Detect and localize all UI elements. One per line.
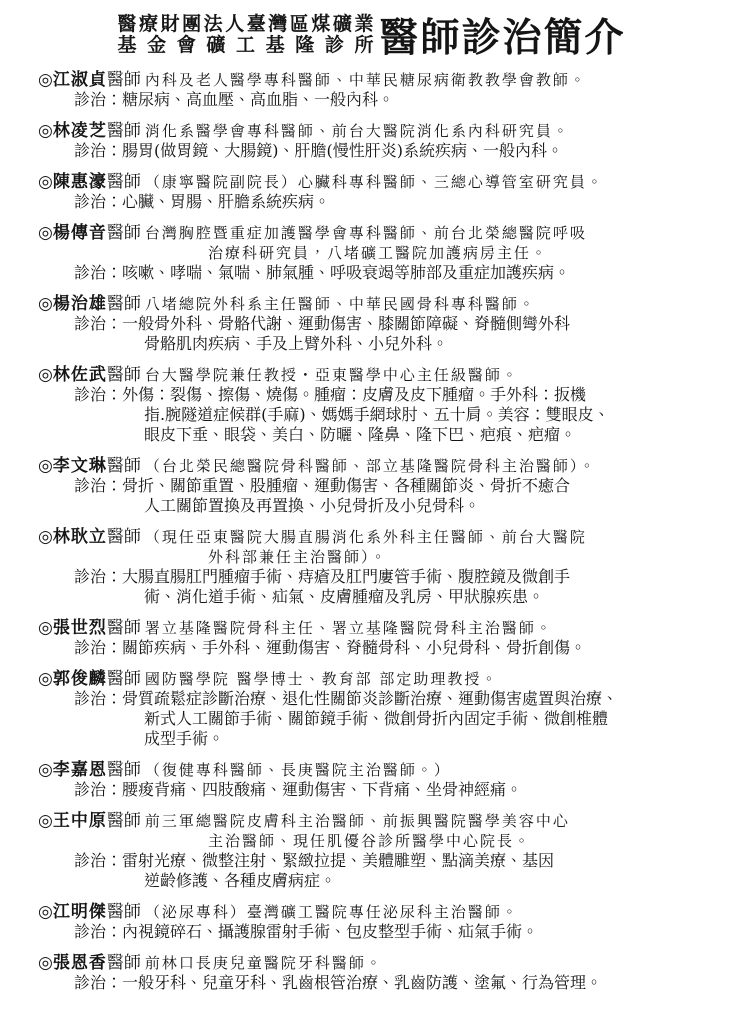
entry-bullet-icon: ◎ (38, 172, 53, 192)
treatment-line: 診治：雷射光療、微整注射、緊緻拉提、美體雕塑、點滴美療、基因 (74, 851, 705, 871)
doctor-credentials-continued: 外科部兼任主治醫師）。 (208, 547, 705, 567)
entry-bullet-icon: ◎ (38, 456, 53, 476)
doctor-entry-header: ◎王中原醫師前三軍總醫院皮膚科主治醫師、前振興醫院醫學美容中心 主治醫師、現任肌… (38, 811, 705, 851)
treatment-line: 診治：內視鏡碎石、攝護腺雷射手術、包皮整型手術、疝氣手術。 (74, 922, 705, 942)
doctor-entry: ◎林凌芝醫師消化系醫學會專科醫師、前台大醫院消化系內科研究員。 診治：腸胃(做胃… (38, 121, 705, 161)
doctor-entry: ◎林耿立醫師（現任亞東醫院大腸直腸消化系外科主任醫師、前台大醫院 外科部兼任主治… (38, 527, 705, 607)
doctor-title-suffix: 醫師 (107, 618, 141, 638)
doctor-entry-header: ◎林凌芝醫師消化系醫學會專科醫師、前台大醫院消化系內科研究員。 (38, 121, 705, 141)
doctor-credentials: （台北榮民總醫院骨科醫師、部立基隆醫院骨科主治醫師）。 (145, 457, 597, 475)
doctor-entry-header: ◎楊傳音醫師台灣胸腔暨重症加護醫學會專科醫師、前台北榮總醫院呼吸 治療科研究員，… (38, 223, 705, 263)
doctor-entry: ◎王中原醫師前三軍總醫院皮膚科主治醫師、前振興醫院醫學美容中心 主治醫師、現任肌… (38, 811, 705, 891)
doctor-entry: ◎郭俊麟醫師國防醫學院 醫學博士、教育部 部定助理教授。 診治：骨質疏鬆症診斷治… (38, 669, 705, 749)
treatment-line: 診治：一般骨外科、骨骼代謝、運動傷害、膝關節障礙、脊髓側彎外科 (74, 314, 705, 334)
treatment-line: 診治：大腸直腸肛門腫瘤手術、痔瘡及肛門廔管手術、腹腔鏡及微創手 (74, 567, 705, 587)
treatment-block: 診治：外傷：裂傷、擦傷、燒傷。腫瘤：皮膚及皮下腫瘤。手外科：扳機指.腕隧道症候群… (38, 385, 705, 445)
doctor-credentials: 台大醫學院兼任教授・亞東醫學中心主任級醫師。 (145, 366, 519, 384)
entry-bullet-icon: ◎ (38, 294, 53, 314)
doctor-credentials: 署立基隆醫院骨科主任、署立基隆醫院骨科主治醫師。 (145, 619, 553, 637)
doctor-entry-header: ◎李文琳醫師（台北榮民總醫院骨科醫師、部立基隆醫院骨科主治醫師）。 (38, 456, 705, 476)
doctor-name: 陳惠濠 (53, 172, 107, 192)
document-page: 醫療財團法人臺灣區煤礦業 基金會礦工基隆診所 醫師診治簡介 ◎江淑貞醫師內科及老… (0, 0, 733, 1017)
treatment-block: 診治：骨折、關節重置、股腫瘤、運動傷害、各種關節炎、骨折不癒合人工關節置換及再置… (38, 476, 705, 516)
treatment-line: 診治：腰痠背痛、四肢酸痛、運動傷害、下背痛、坐骨神經痛。 (74, 780, 705, 800)
treatment-line: 診治：關節疾病、手外科、運動傷害、脊髓骨科、小兒骨科、骨折創傷。 (74, 638, 705, 658)
doctor-title-suffix: 醫師 (107, 121, 141, 141)
doctor-entry-header: ◎陳惠濠醫師（康寧醫院副院長）心臟科專科醫師、三總心導管室研究員。 (38, 172, 705, 192)
doctor-title-suffix: 醫師 (107, 70, 141, 90)
doctor-title-suffix: 醫師 (107, 294, 141, 314)
doctor-credentials-continued: 治療科研究員，八堵礦工醫院加護病房主任。 (208, 243, 705, 263)
entry-bullet-icon: ◎ (38, 902, 53, 922)
doctor-name: 林凌芝 (53, 121, 107, 141)
doctor-entry: ◎張世烈醫師署立基隆醫院骨科主任、署立基隆醫院骨科主治醫師。 診治：關節疾病、手… (38, 618, 705, 658)
doctor-credentials: （康寧醫院副院長）心臟科專科醫師、三總心導管室研究員。 (145, 173, 604, 191)
treatment-line: 診治：骨折、關節重置、股腫瘤、運動傷害、各種關節炎、骨折不癒合 (74, 476, 705, 496)
entry-bullet-icon: ◎ (38, 70, 53, 90)
clinic-name-line2: 基金會礦工基隆診所 (117, 35, 373, 56)
treatment-line: 診治：外傷：裂傷、擦傷、燒傷。腫瘤：皮膚及皮下腫瘤。手外科：扳機 (74, 385, 705, 405)
treatment-line: 逆齡修護、各種皮膚病症。 (144, 871, 705, 891)
treatment-line: 診治：骨質疏鬆症診斷治療、退化性關節炎診斷治療、運動傷害處置與治療、 (74, 689, 705, 709)
doctor-title-suffix: 醫師 (107, 811, 141, 831)
doctor-name: 李文琳 (53, 456, 107, 476)
doctor-credentials: 前三軍總醫院皮膚科主治醫師、前振興醫院醫學美容中心 (145, 812, 570, 830)
treatment-block: 診治：一般骨外科、骨骼代謝、運動傷害、膝關節障礙、脊髓側彎外科骨骼肌肉疾病、手及… (38, 314, 705, 354)
treatment-line: 人工關節置換及再置換、小兒骨折及小兒骨科。 (144, 496, 705, 516)
entry-bullet-icon: ◎ (38, 669, 53, 689)
treatment-block: 診治：內視鏡碎石、攝護腺雷射手術、包皮整型手術、疝氣手術。 (38, 922, 705, 942)
clinic-name: 醫療財團法人臺灣區煤礦業 基金會礦工基隆診所 (117, 14, 373, 58)
doctor-entry-header: ◎林耿立醫師（現任亞東醫院大腸直腸消化系外科主任醫師、前台大醫院 外科部兼任主治… (38, 527, 705, 567)
doctor-entry-header: ◎江淑貞醫師內科及老人醫學專科醫師、中華民糖尿病衛教教學會教師。 (38, 70, 705, 90)
doctor-title-suffix: 醫師 (107, 172, 141, 192)
doctor-credentials: （復健專科醫師、長庚醫院主治醫師。） (145, 761, 451, 779)
treatment-block: 診治：雷射光療、微整注射、緊緻拉提、美體雕塑、點滴美療、基因逆齡修護、各種皮膚病… (38, 851, 705, 891)
doctor-entry-header: ◎江明傑醫師（泌尿專科）臺灣礦工醫院專任泌尿科主治醫師。 (38, 902, 705, 922)
doctor-title-suffix: 醫師 (107, 760, 141, 780)
doctor-entry-header: ◎楊治雄醫師八堵總院外科系主任醫師、中華民國骨科專科醫師。 (38, 294, 705, 314)
doctor-title-suffix: 醫師 (107, 902, 141, 922)
document-title: 醫療財團法人臺灣區煤礦業 基金會礦工基隆診所 醫師診治簡介 (38, 14, 705, 58)
treatment-block: 診治：骨質疏鬆症診斷治療、退化性關節炎診斷治療、運動傷害處置與治療、新式人工關節… (38, 689, 705, 749)
doctor-entry-header: ◎郭俊麟醫師國防醫學院 醫學博士、教育部 部定助理教授。 (38, 669, 705, 689)
doctor-entry-header: ◎李嘉恩醫師（復健專科醫師、長庚醫院主治醫師。） (38, 760, 705, 780)
doctor-credentials: 內科及老人醫學專科醫師、中華民糖尿病衛教教學會教師。 (145, 71, 587, 89)
entry-bullet-icon: ◎ (38, 223, 53, 243)
doctor-entry-header: ◎張世烈醫師署立基隆醫院骨科主任、署立基隆醫院骨科主治醫師。 (38, 618, 705, 638)
doctor-entry: ◎陳惠濠醫師（康寧醫院副院長）心臟科專科醫師、三總心導管室研究員。 診治：心臟、… (38, 172, 705, 212)
entry-bullet-icon: ◎ (38, 618, 53, 638)
doctor-credentials: （泌尿專科）臺灣礦工醫院專任泌尿科主治醫師。 (145, 903, 519, 921)
doctor-entry: ◎林佐武醫師台大醫學院兼任教授・亞東醫學中心主任級醫師。 診治：外傷：裂傷、擦傷… (38, 365, 705, 445)
treatment-line: 診治：腸胃(做胃鏡、大腸鏡)、肝膽(慢性肝炎)系統疾病、一般內科。 (74, 141, 705, 161)
doctor-name: 楊治雄 (53, 294, 107, 314)
doctor-name: 江明傑 (53, 902, 107, 922)
treatment-line: 診治：咳嗽、哮喘、氣喘、肺氣腫、呼吸衰竭等肺部及重症加護疾病。 (74, 263, 705, 283)
treatment-block: 診治：大腸直腸肛門腫瘤手術、痔瘡及肛門廔管手術、腹腔鏡及微創手術、消化道手術、疝… (38, 567, 705, 607)
doctor-entry: ◎楊傳音醫師台灣胸腔暨重症加護醫學會專科醫師、前台北榮總醫院呼吸 治療科研究員，… (38, 223, 705, 283)
doctor-entry: ◎江明傑醫師（泌尿專科）臺灣礦工醫院專任泌尿科主治醫師。 診治：內視鏡碎石、攝護… (38, 902, 705, 942)
treatment-block: 診治：關節疾病、手外科、運動傷害、脊髓骨科、小兒骨科、骨折創傷。 (38, 638, 705, 658)
doctor-title-suffix: 醫師 (107, 527, 141, 547)
doctor-title-suffix: 醫師 (107, 223, 141, 243)
entry-bullet-icon: ◎ (38, 811, 53, 831)
clinic-name-line1: 醫療財團法人臺灣區煤礦業 (117, 14, 373, 35)
doctor-title-suffix: 醫師 (107, 669, 141, 689)
doctor-title-suffix: 醫師 (107, 456, 141, 476)
doctor-credentials: 國防醫學院 醫學博士、教育部 部定助理教授。 (145, 670, 499, 688)
doctor-credentials: 前林口長庚兒童醫院牙科醫師。 (145, 954, 383, 972)
treatment-block: 診治：一般牙科、兒童牙科、乳齒根管治療、乳齒防護、塗氟、行為管理。 (38, 973, 705, 993)
treatment-line: 新式人工關節手術、關節鏡手術、微創骨折內固定手術、微創椎體 (144, 709, 705, 729)
doctor-name: 郭俊麟 (53, 669, 107, 689)
treatment-line: 診治：一般牙科、兒童牙科、乳齒根管治療、乳齒防護、塗氟、行為管理。 (74, 973, 705, 993)
treatment-line: 診治：糖尿病、高血壓、高血脂、一般內科。 (74, 90, 705, 110)
doctor-entry-header: ◎張恩香醫師前林口長庚兒童醫院牙科醫師。 (38, 953, 705, 973)
doctor-name: 林佐武 (53, 365, 107, 385)
treatment-block: 診治：糖尿病、高血壓、高血脂、一般內科。 (38, 90, 705, 110)
doctor-name: 張世烈 (53, 618, 107, 638)
doctor-name: 王中原 (53, 811, 107, 831)
doctor-title-suffix: 醫師 (107, 953, 141, 973)
doctor-name: 楊傳音 (53, 223, 107, 243)
treatment-line: 骨骼肌肉疾病、手及上臂外科、小兒外科。 (144, 334, 705, 354)
treatment-line: 指.腕隧道症候群(手麻)、媽媽手網球肘、五十肩。美容：雙眼皮、 (144, 405, 705, 425)
treatment-block: 診治：心臟、胃腸、肝膽系統疾病。 (38, 192, 705, 212)
doctor-entry: ◎楊治雄醫師八堵總院外科系主任醫師、中華民國骨科專科醫師。 診治：一般骨外科、骨… (38, 294, 705, 354)
doctor-name: 林耿立 (53, 527, 107, 547)
treatment-block: 診治：腰痠背痛、四肢酸痛、運動傷害、下背痛、坐骨神經痛。 (38, 780, 705, 800)
doctor-list: ◎江淑貞醫師內科及老人醫學專科醫師、中華民糖尿病衛教教學會教師。 診治：糖尿病、… (38, 70, 705, 993)
doctor-credentials: 消化系醫學會專科醫師、前台大醫院消化系內科研究員。 (145, 122, 570, 140)
doctor-credentials-continued: 主治醫師、現任肌優谷診所醫學中心院長。 (208, 831, 705, 851)
doctor-title-suffix: 醫師 (107, 365, 141, 385)
page-title: 醫師診治簡介 (379, 18, 625, 58)
entry-bullet-icon: ◎ (38, 121, 53, 141)
doctor-entry: ◎江淑貞醫師內科及老人醫學專科醫師、中華民糖尿病衛教教學會教師。 診治：糖尿病、… (38, 70, 705, 110)
treatment-line: 眼皮下垂、眼袋、美白、防曬、隆鼻、隆下巴、疤痕、疤瘤。 (144, 425, 705, 445)
doctor-name: 江淑貞 (53, 70, 107, 90)
doctor-credentials: 八堵總院外科系主任醫師、中華民國骨科專科醫師。 (145, 295, 536, 313)
doctor-entry: ◎張恩香醫師前林口長庚兒童醫院牙科醫師。 診治：一般牙科、兒童牙科、乳齒根管治療… (38, 953, 705, 993)
treatment-line: 術、消化道手術、疝氣、皮膚腫瘤及乳房、甲狀腺疾患。 (144, 587, 705, 607)
treatment-line: 成型手術。 (144, 729, 705, 749)
doctor-credentials: （現任亞東醫院大腸直腸消化系外科主任醫師、前台大醫院 (145, 528, 587, 546)
treatment-block: 診治：咳嗽、哮喘、氣喘、肺氣腫、呼吸衰竭等肺部及重症加護疾病。 (38, 263, 705, 283)
entry-bullet-icon: ◎ (38, 760, 53, 780)
doctor-name: 李嘉恩 (53, 760, 107, 780)
treatment-block: 診治：腸胃(做胃鏡、大腸鏡)、肝膽(慢性肝炎)系統疾病、一般內科。 (38, 141, 705, 161)
doctor-entry: ◎李文琳醫師（台北榮民總醫院骨科醫師、部立基隆醫院骨科主治醫師）。 診治：骨折、… (38, 456, 705, 516)
treatment-line: 診治：心臟、胃腸、肝膽系統疾病。 (74, 192, 705, 212)
doctor-credentials: 台灣胸腔暨重症加護醫學會專科醫師、前台北榮總醫院呼吸 (145, 224, 587, 242)
doctor-name: 張恩香 (53, 953, 107, 973)
doctor-entry: ◎李嘉恩醫師（復健專科醫師、長庚醫院主治醫師。） 診治：腰痠背痛、四肢酸痛、運動… (38, 760, 705, 800)
entry-bullet-icon: ◎ (38, 527, 53, 547)
doctor-entry-header: ◎林佐武醫師台大醫學院兼任教授・亞東醫學中心主任級醫師。 (38, 365, 705, 385)
entry-bullet-icon: ◎ (38, 953, 53, 973)
entry-bullet-icon: ◎ (38, 365, 53, 385)
